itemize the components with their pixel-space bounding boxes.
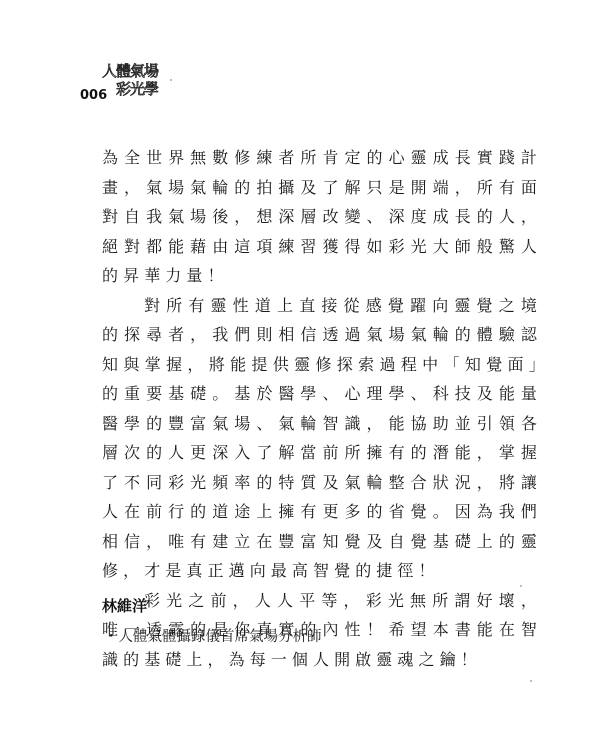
- scan-speck: [170, 79, 172, 81]
- paragraph-1: 為全世界無數修練者所肯定的心靈成長實踐計畫，氣場氣輪的拍攝及了解只是開端，所有面…: [102, 143, 542, 291]
- scan-speck: [530, 680, 532, 682]
- author-name: 林維洋: [102, 595, 147, 616]
- body-text: 為全世界無數修練者所肯定的心靈成長實踐計畫，氣場氣輪的拍攝及了解只是開端，所有面…: [102, 143, 542, 674]
- paragraph-2: 對所有靈性道上直接從感覺躍向靈覺之境的探尋者，我們則相信透過氣場氣輪的體驗認知與…: [102, 291, 542, 586]
- scan-speck: [520, 585, 522, 587]
- author-title: ・人體氣體攝錄儀首席氣場分析師: [104, 625, 322, 646]
- book-title-line1: 人體氣場: [102, 62, 158, 80]
- book-title: 人體氣場 彩光學: [102, 62, 158, 98]
- page-header: 006 人體氣場 彩光學: [80, 62, 200, 112]
- book-title-line2: 彩光學: [102, 80, 158, 98]
